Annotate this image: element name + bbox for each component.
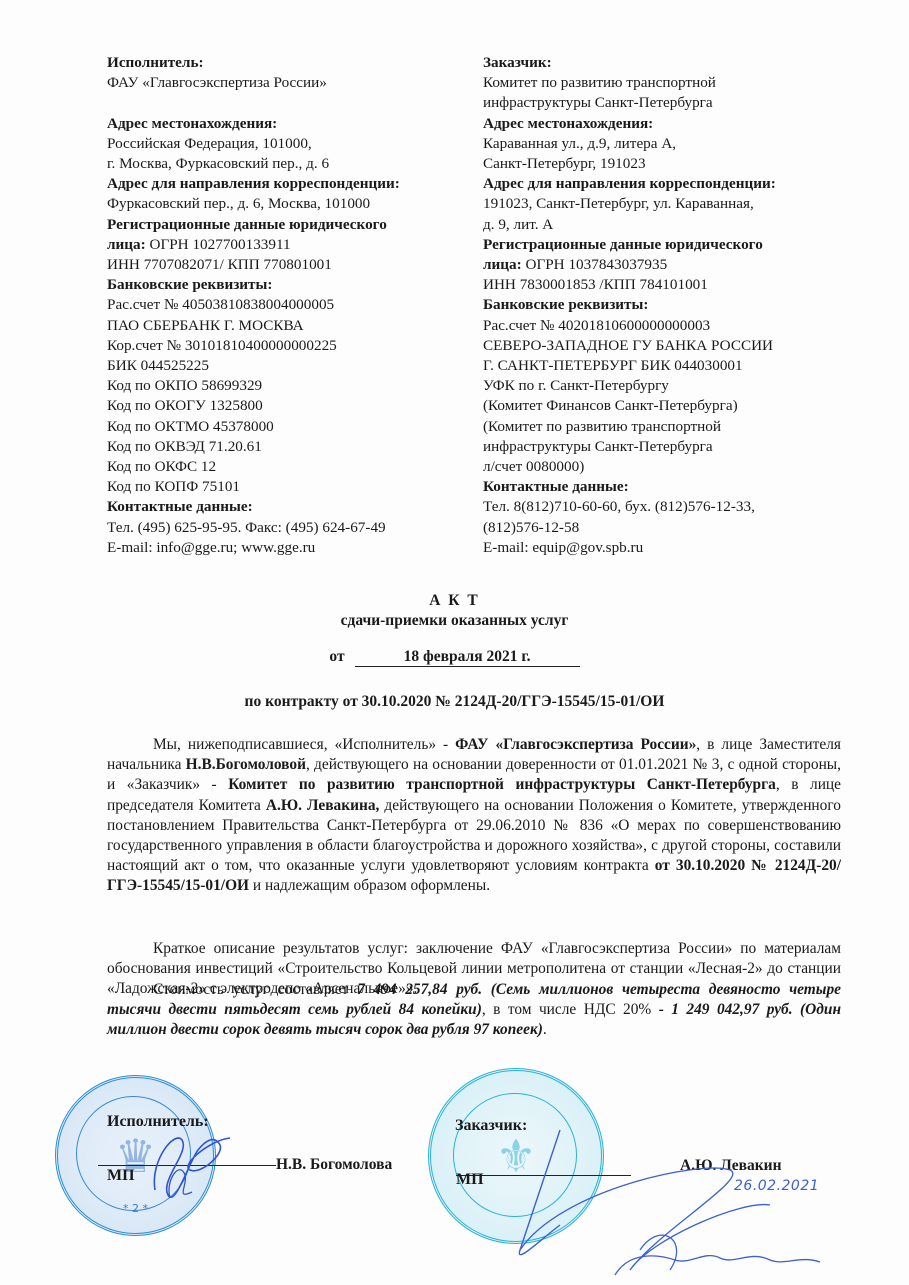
- executor-mail-line: Фуркасовский пер., д. 6, Москва, 101000: [107, 194, 467, 214]
- customer-bank-line: (Комитет Финансов Санкт-Петербурга): [483, 396, 843, 416]
- customer-bank-heading: Банковские реквизиты:: [483, 295, 843, 315]
- customer-details: Заказчик: Комитет по развитию транспортн…: [483, 53, 843, 558]
- executor-bank-line: Код по ОКПО 58699329: [107, 376, 467, 396]
- executor-bank-line: Код по ОКФС 12: [107, 457, 467, 477]
- executor-bank-line: Рас.счет № 40503810838004000005: [107, 295, 467, 315]
- executor-contact-line: Тел. (495) 625-95-95. Факс: (495) 624-67…: [107, 518, 467, 538]
- executor-reg-inn: ИНН 7707082071/ КПП 770801001: [107, 255, 467, 275]
- customer-contact-heading: Контактные данные:: [483, 477, 843, 497]
- customer-bank-line: СЕВЕРО-ЗАПАДНОЕ ГУ БАНКА РОССИИ: [483, 336, 843, 356]
- customer-mail-heading: Адрес для направления корреспонденции:: [483, 174, 843, 194]
- document-page: Исполнитель: ФАУ «Главгосэкспертиза Росс…: [0, 0, 909, 1285]
- executor-heading: Исполнитель:: [107, 53, 467, 73]
- customer-bank-line: инфраструктуры Санкт-Петербурга: [483, 437, 843, 457]
- executor-name: ФАУ «Главгосэкспертиза России»: [107, 73, 467, 93]
- executor-bank-line: Код по ОКТМО 45378000: [107, 417, 467, 437]
- act-date: 18 февраля 2021 г.: [355, 648, 580, 667]
- executor-bank-heading: Банковские реквизиты:: [107, 275, 467, 295]
- act-date-line: от18 февраля 2021 г.: [0, 648, 909, 667]
- executor-email-link[interactable]: E-mail: info@gge.ru; www.gge.ru: [107, 538, 467, 558]
- executor-bank-line: БИК 044525225: [107, 356, 467, 376]
- executor-reg-ogrn: лица: ОГРН 1027700133911: [107, 235, 467, 255]
- customer-bank-line: Г. САНКТ-ПЕТЕРБУРГ БИК 044030001: [483, 356, 843, 376]
- paragraph-parties: Мы, нижеподписавшиеся, «Исполнитель» - Ф…: [107, 735, 841, 897]
- customer-mail-line: д. 9, лит. А: [483, 215, 843, 235]
- customer-reg-heading: Регистрационные данные юридического: [483, 235, 843, 255]
- executor-bank-line: ПАО СБЕРБАНК Г. МОСКВА: [107, 316, 467, 336]
- customer-email-link[interactable]: E-mail: equip@gov.spb.ru: [483, 538, 843, 558]
- customer-heading: Заказчик:: [483, 53, 843, 73]
- executor-mail-heading: Адрес для направления корреспонденции:: [107, 174, 467, 194]
- customer-contact-line: (812)576-12-58: [483, 518, 843, 538]
- customer-address-line: Санкт-Петербург, 191023: [483, 154, 843, 174]
- act-date-prefix: от: [329, 648, 344, 665]
- customer-bank-line: л/счет 0080000): [483, 457, 843, 477]
- customer-signature-icon: [500, 1120, 830, 1280]
- executor-address-heading: Адрес местонахождения:: [107, 114, 467, 134]
- executor-reg-heading: Регистрационные данные юридического: [107, 215, 467, 235]
- executor-details: Исполнитель: ФАУ «Главгосэкспертиза Росс…: [107, 53, 467, 558]
- customer-bank-line: (Комитет по развитию транспортной: [483, 417, 843, 437]
- customer-name-line: инфраструктуры Санкт-Петербурга: [483, 93, 843, 113]
- customer-reg-ogrn: лица: ОГРН 1037843037935: [483, 255, 843, 275]
- executor-bank-line: Код по ОКОГУ 1325800: [107, 396, 467, 416]
- executor-signatory-name: Н.В. Богомолова: [276, 1156, 392, 1174]
- act-title: А К Т: [0, 592, 909, 610]
- customer-name-line: Комитет по развитию транспортной: [483, 73, 843, 93]
- executor-bank-line: Код по ОКВЭД 71.20.61: [107, 437, 467, 457]
- contract-reference: по контракту от 30.10.2020 № 2124Д-20/ГГ…: [0, 693, 909, 711]
- customer-stamp-mark: МП: [456, 1171, 484, 1189]
- customer-mail-line: 191023, Санкт-Петербург, ул. Караванная,: [483, 194, 843, 214]
- customer-contact-line: Тел. 8(812)710-60-60, бух. (812)576-12-3…: [483, 497, 843, 517]
- customer-address-line: Караванная ул., д.9, литера А,: [483, 134, 843, 154]
- executor-bank-line: Код по КОПФ 75101: [107, 477, 467, 497]
- customer-bank-line: Рас.счет № 40201810600000000003: [483, 316, 843, 336]
- customer-reg-inn: ИНН 7830001853 /КПП 784101001: [483, 275, 843, 295]
- executor-contact-heading: Контактные данные:: [107, 497, 467, 517]
- executor-signature-icon: [120, 1120, 240, 1210]
- executor-address-line: г. Москва, Фуркасовский пер., д. 6: [107, 154, 467, 174]
- customer-address-heading: Адрес местонахождения:: [483, 114, 843, 134]
- act-subtitle: сдачи-приемки оказанных услуг: [0, 612, 909, 630]
- paragraph-cost: Стоимость услуг составляет 7 494 257,84 …: [107, 980, 841, 1041]
- customer-bank-line: УФК по г. Санкт-Петербургу: [483, 376, 843, 396]
- executor-address-line: Российская Федерация, 101000,: [107, 134, 467, 154]
- executor-bank-line: Кор.счет № 30101810400000000225: [107, 336, 467, 356]
